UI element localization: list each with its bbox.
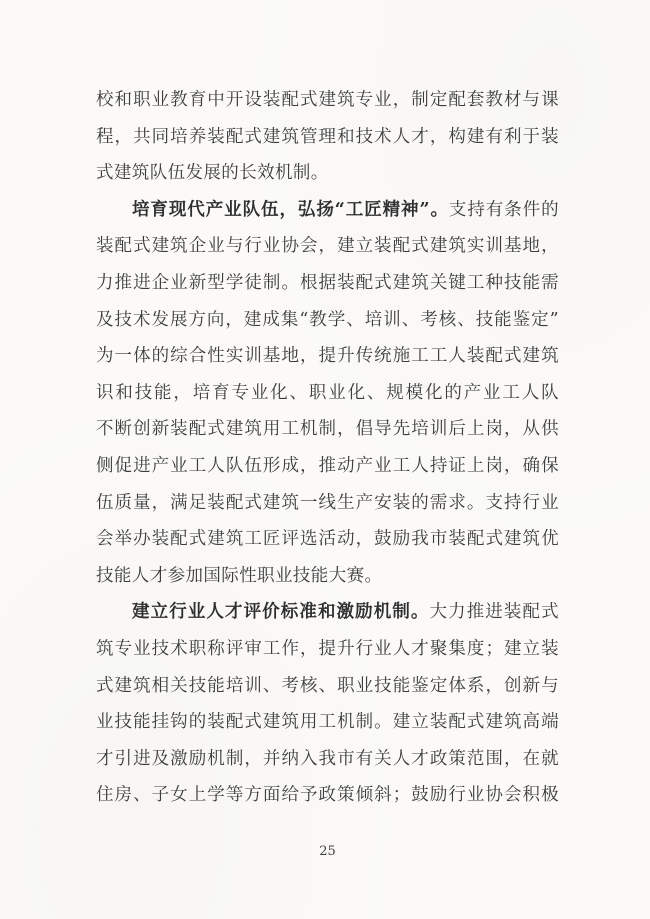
text-line: 程，共同培养装配式建筑管理和技术人才，构建有利于装配 — [96, 119, 559, 156]
document-text-block: 校和职业教育中开设装配式建筑专业，制定配套教材与课 程，共同培养装配式建筑管理和… — [96, 82, 559, 814]
paragraph-lead-line: 培育现代产业队伍，弘扬“工匠精神”。支持有条件的 — [96, 192, 559, 229]
text-line: 会举办装配式建筑工匠评选活动，鼓励我市装配式建筑优秀 — [96, 521, 559, 558]
text-line: 装配式建筑企业与行业协会，建立装配式建筑实训基地，大 — [96, 228, 559, 265]
text-line: 识和技能，培育专业化、职业化、规模化的产业工人队伍。 — [96, 375, 559, 412]
text-line: 力推进企业新型学徒制。根据装配式建筑关键工种技能需要 — [96, 265, 559, 302]
text-line: 侧促进产业工人队伍形成，推动产业工人持证上岗，确保队 — [96, 448, 559, 485]
text-line: 才引进及激励机制，并纳入我市有关人才政策范围，在就业、 — [96, 741, 559, 778]
text-line: 伍质量，满足装配式建筑一线生产安装的需求。支持行业协 — [96, 485, 559, 522]
text-line-paragraph-end: 式建筑队伍发展的长效机制。 — [96, 155, 559, 192]
text-line: 住房、子女上学等方面给予政策倾斜；鼓励行业协会积极开 — [96, 777, 559, 814]
text-line: 筑专业技术职称评审工作，提升行业人才聚集度；建立装配 — [96, 631, 559, 668]
text-line-paragraph-end: 技能人才参加国际性职业技能大赛。 — [96, 558, 559, 595]
bold-lead-text: 培育现代产业队伍，弘扬“工匠精神”。 — [132, 200, 449, 220]
text-line: 式建筑相关技能培训、考核、职业技能鉴定体系，创新与职 — [96, 668, 559, 705]
lead-rest-text: 支持有条件的 — [449, 200, 559, 220]
document-page: 校和职业教育中开设装配式建筑专业，制定配套教材与课 程，共同培养装配式建筑管理和… — [0, 0, 650, 919]
text-line: 及技术发展方向，建成集“教学、培训、考核、技能鉴定” — [96, 302, 559, 339]
text-line: 为一体的综合性实训基地，提升传统施工工人装配式建筑知 — [96, 338, 559, 375]
paragraph-lead-line: 建立行业人才评价标准和激励机制。大力推进装配式建 — [96, 594, 559, 631]
text-line: 校和职业教育中开设装配式建筑专业，制定配套教材与课 — [96, 82, 559, 119]
text-line: 不断创新装配式建筑用工机制，倡导先培训后上岗，从供给 — [96, 411, 559, 448]
text-line: 业技能挂钩的装配式建筑用工机制。建立装配式建筑高端人 — [96, 704, 559, 741]
page-number: 25 — [96, 843, 559, 861]
bold-lead-text: 建立行业人才评价标准和激励机制。 — [132, 602, 430, 622]
